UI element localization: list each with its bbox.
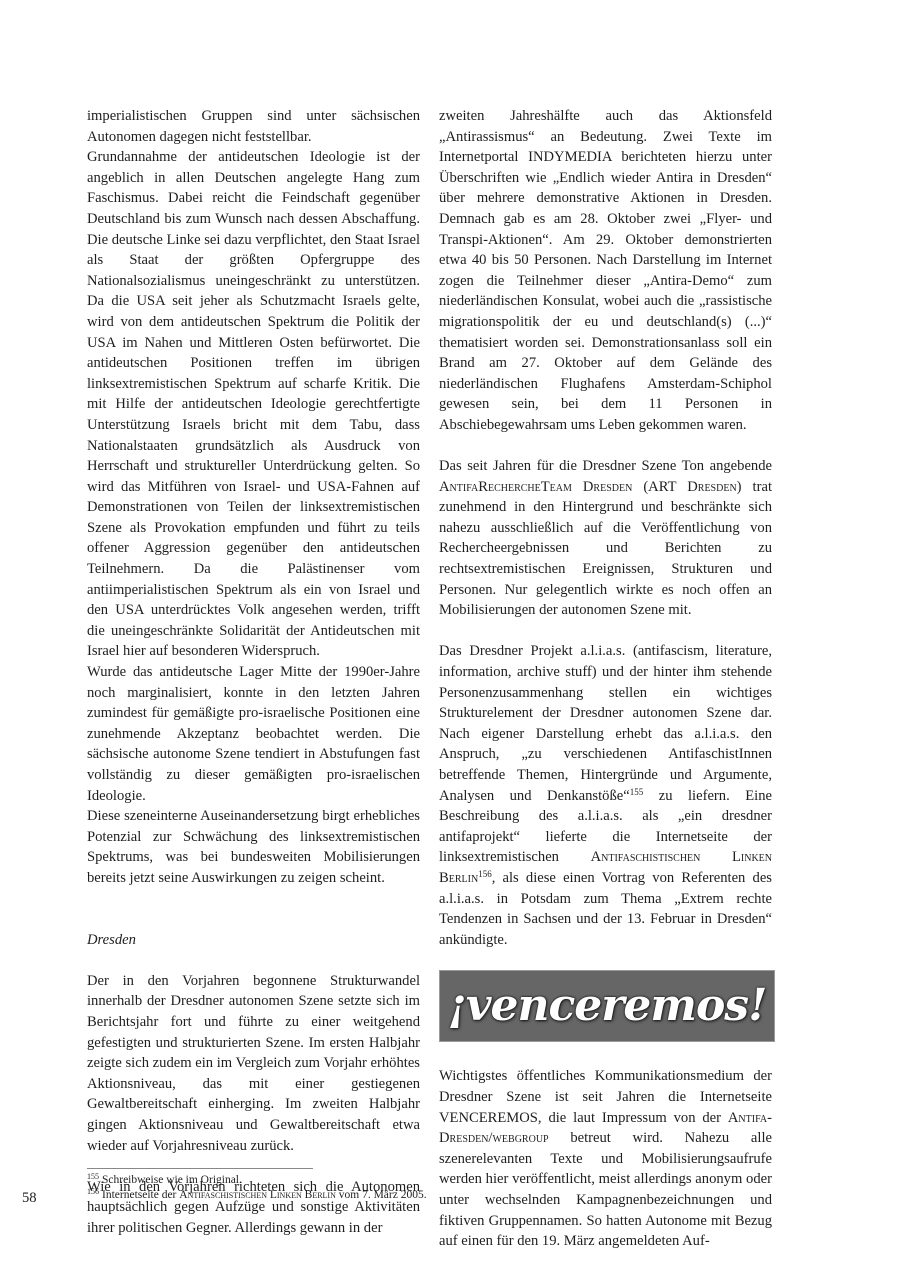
footnote-156: 156Internetseite der Antifaschistischen … (87, 1188, 787, 1203)
venceremos-logo-image: ¡venceremos! (439, 970, 775, 1042)
logo-text: ¡venceremos! (448, 996, 767, 1017)
footnote-divider (87, 1168, 313, 1169)
paragraph: Wurde das antideutsche Lager Mitte der 1… (87, 662, 420, 806)
text: Das seit Jahren für die Dresdner Szene T… (439, 458, 772, 474)
footnote-text: Schreibweise wie im Original. (102, 1174, 242, 1186)
footnote-155: 155Schreibweise wie im Original. (87, 1173, 787, 1188)
text: Das Dresdner Projekt a.l.i.a.s. (antifas… (439, 643, 772, 803)
footnote-number: 156 (87, 1187, 99, 1196)
paragraph: Der in den Vorjahren begonnene Strukturw… (87, 971, 420, 1156)
paragraph: Das Dresdner Projekt a.l.i.a.s. (antifas… (439, 641, 772, 950)
organization-name: AntifaRechercheTeam Dresden (ART Dresden… (439, 479, 742, 495)
footnote-text: Internetseite der (102, 1189, 179, 1201)
paragraph: Das seit Jahren für die Dresdner Szene T… (439, 456, 772, 621)
footnotes: 155Schreibweise wie im Original. 156Inte… (87, 1168, 787, 1203)
footnote-ref[interactable]: 155 (630, 787, 644, 797)
right-column: zweiten Jahreshälfte auch das Aktionsfel… (439, 106, 772, 1252)
text: trat zunehmend in den Hintergrund und be… (439, 479, 772, 619)
paragraph: zweiten Jahreshälfte auch das Aktionsfel… (439, 106, 772, 436)
page-number: 58 (22, 1190, 37, 1207)
paragraph: Grundannahme der antideutschen Ideologie… (87, 147, 420, 662)
paragraph: Wichtigstes öffentliches Kommunikationsm… (439, 1066, 772, 1251)
footnote-number: 155 (87, 1172, 99, 1181)
section-heading-dresden: Dresden (87, 930, 420, 951)
footnote-text: vom 7. März 2005. (336, 1189, 427, 1201)
paragraph: imperialistischen Gruppen sind unter säc… (87, 106, 420, 147)
footnote-ref[interactable]: 156 (478, 869, 492, 879)
text: , als diese einen Vortrag von Referenten… (439, 870, 772, 948)
text: Wichtigstes öffentliches Kommunikationsm… (439, 1068, 772, 1125)
paragraph: Diese szeneinterne Auseinandersetzung bi… (87, 806, 420, 888)
left-column: imperialistischen Gruppen sind unter säc… (87, 106, 420, 1238)
organization-name: Antifaschistischen Linken Berlin (179, 1189, 336, 1201)
